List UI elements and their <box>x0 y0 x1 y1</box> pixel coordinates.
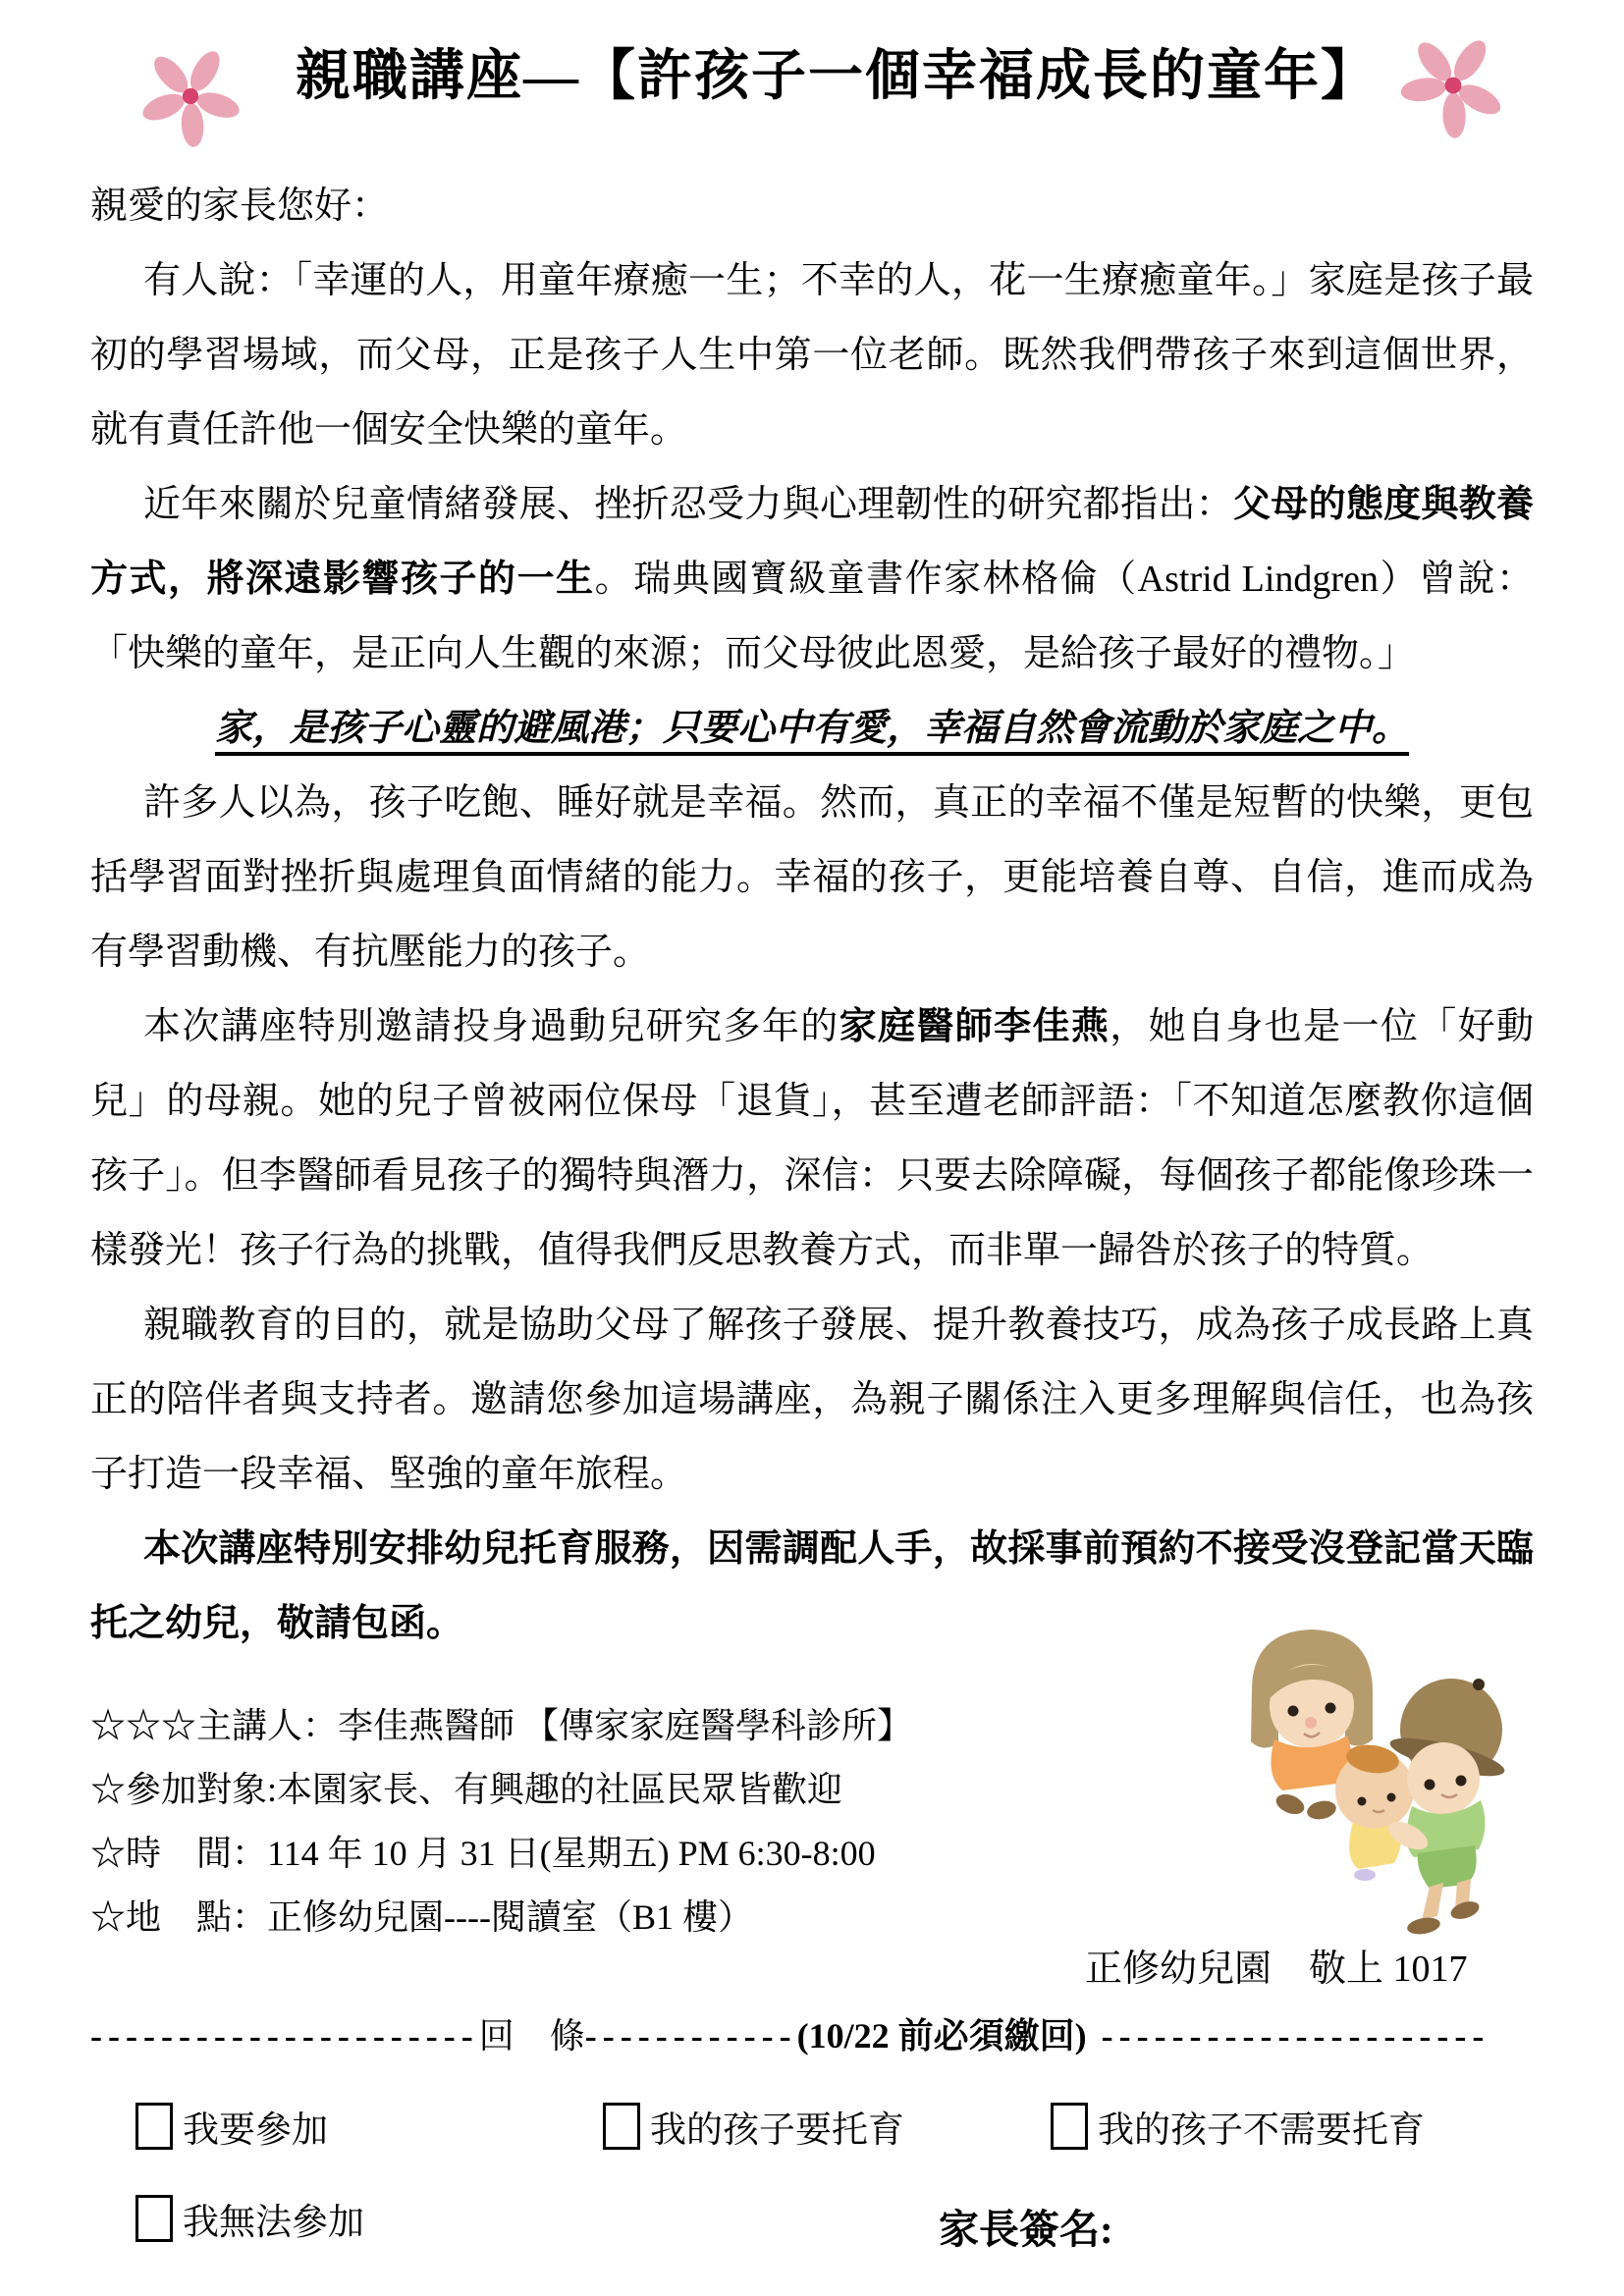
checkbox-childcare-no[interactable] <box>1051 2103 1088 2150</box>
highlight-quote: 家，是孩子心靈的避風港；只要心中有愛，幸福自然會流動於家庭之中。 <box>90 691 1534 766</box>
checkbox-attend-label: 我要參加 <box>183 2100 328 2153</box>
deadline-note: (10/22 前必須繳回) <box>797 2016 1087 2056</box>
notice-page: 親職講座—【許孩子一個幸福成長的童年】 親愛的家長您好： 有人說：「幸運的人，用… <box>0 0 1624 2296</box>
parent-signature-label: 家長簽名: <box>939 2197 1113 2255</box>
paragraph-speaker-intro: 本次講座特別邀請投身過動兒研究多年的家庭醫師李佳燕，她自身也是一位「好動兒」的母… <box>90 989 1534 1288</box>
info-speaker: ☆☆☆主講人：李佳燕醫師 【傳家家庭醫學科診所】 <box>90 1694 1269 1758</box>
info-audience: ☆參加對象:本園家長、有興趣的社區民眾皆歡迎 <box>90 1758 1269 1822</box>
greeting-line: 親愛的家長您好： <box>90 169 1534 243</box>
checkbox-childcare-yes[interactable] <box>603 2103 640 2150</box>
checkbox-childcare-no-label: 我的孩子不需要托育 <box>1098 2100 1425 2153</box>
tear-off-label: 回 條 <box>479 2016 585 2056</box>
checkbox-childcare-yes-label: 我的孩子要托育 <box>650 2100 904 2153</box>
page-title: 親職講座—【許孩子一個幸福成長的童年】 <box>88 37 1536 116</box>
checkbox-option-cannot-attend: 我無法參加 <box>135 2193 364 2244</box>
checkbox-cannot-attend-label: 我無法參加 <box>183 2192 364 2245</box>
page-title-prefix: 親職講座— <box>296 46 580 107</box>
paragraph-happiness: 許多人以為，孩子吃飽、睡好就是幸福。然而，真正的幸福不僅是短暫的快樂，更包括學習… <box>90 766 1534 989</box>
checkbox-option-childcare-yes: 我的孩子要托育 <box>603 2101 904 2152</box>
checkbox-attend[interactable] <box>135 2103 173 2150</box>
page-title-emphasis: 【許孩子一個幸福成長的童年】 <box>580 46 1378 107</box>
letter-body: 親愛的家長您好： 有人說：「幸運的人，用童年療癒一生；不幸的人，花一生療癒童年。… <box>90 169 1534 1661</box>
checkbox-cannot-attend[interactable] <box>135 2195 173 2242</box>
paragraph-research: 近年來關於兒童情緒發展、挫折忍受力與心理韌性的研究都指出：父母的態度與教養方式，… <box>90 467 1534 691</box>
paragraph-opening: 有人說：「幸運的人，用童年療癒一生；不幸的人，花一生療癒童年。」家庭是孩子最初的… <box>90 243 1534 467</box>
event-info: ☆☆☆主講人：李佳燕醫師 【傳家家庭醫學科診所】 ☆參加對象:本園家長、有興趣的… <box>90 1694 1269 1949</box>
baby-figure <box>1335 1741 1414 1881</box>
checkbox-option-attend: 我要參加 <box>135 2101 328 2152</box>
paragraph-purpose: 親職教育的目的，就是協助父母了解孩子發展、提升教養技巧，成為孩子成長路上真正的陪… <box>90 1288 1534 1512</box>
children-illustration <box>1218 1592 1546 1955</box>
tear-off-divider: ----------------------回 條------------(10… <box>90 2008 1542 2058</box>
info-time: ☆時 間：114 年 10 月 31 日(星期五) PM 6:30-8:00 <box>90 1822 1269 1886</box>
checkbox-option-childcare-no: 我的孩子不需要托育 <box>1051 2101 1425 2152</box>
